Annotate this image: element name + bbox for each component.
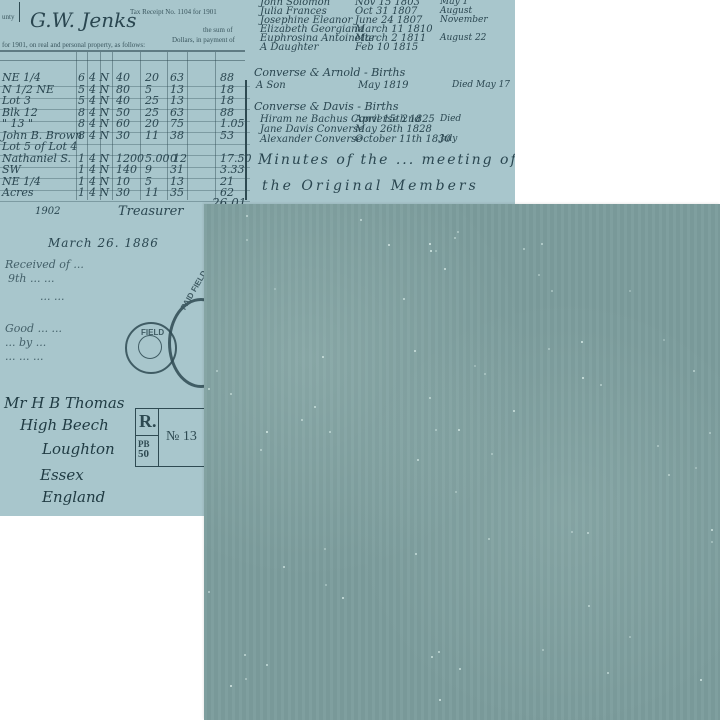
property-line: for 1901, on real and personal property,… xyxy=(2,41,145,49)
texture-speck xyxy=(266,431,268,433)
texture-speck xyxy=(417,459,419,461)
texture-speck xyxy=(208,591,210,593)
texture-speck xyxy=(513,410,515,412)
genealogy-name: A Son xyxy=(256,80,286,91)
letter-line: ... ... xyxy=(40,290,64,303)
genealogy-name: Alexander Converse xyxy=(260,134,362,145)
texture-speck xyxy=(415,553,417,555)
texture-speck xyxy=(342,597,344,599)
texture-speck xyxy=(457,231,459,233)
texture-speck xyxy=(629,636,631,638)
texture-speck xyxy=(430,250,432,252)
address-line: England xyxy=(42,488,105,506)
texture-speck xyxy=(444,268,446,270)
letter-line: ... ... ... xyxy=(5,350,43,363)
texture-speck xyxy=(435,429,437,431)
texture-speck xyxy=(458,429,460,431)
registered-pb: PB50 xyxy=(138,439,150,459)
texture-speck xyxy=(435,250,437,252)
texture-speck xyxy=(246,215,248,217)
county-label: unty xyxy=(2,13,14,21)
texture-speck xyxy=(403,298,405,300)
texture-speck xyxy=(301,419,303,421)
pb-number: 50 xyxy=(138,448,149,460)
texture-speck xyxy=(244,654,246,656)
texture-speck xyxy=(266,664,268,666)
genealogy-date: Feb 10 1815 xyxy=(355,42,418,53)
texture-speck xyxy=(663,339,665,341)
registered-r: R. xyxy=(139,411,157,432)
postmark-inner xyxy=(138,335,162,359)
address-line: Loughton xyxy=(42,440,115,458)
texture-speck xyxy=(230,393,232,395)
texture-speck xyxy=(360,219,362,221)
texture-speck xyxy=(429,397,431,399)
texture-speck xyxy=(695,467,697,469)
texture-speck xyxy=(541,243,543,245)
texture-speck xyxy=(484,373,486,375)
texture-speck xyxy=(324,548,326,550)
texture-speck xyxy=(246,239,248,241)
ledger-cell-tax: 35 xyxy=(170,186,184,199)
divider xyxy=(158,409,159,466)
texture-speck xyxy=(693,370,695,372)
texture-speck xyxy=(455,491,457,493)
sum-of-label: the sum of xyxy=(203,26,233,34)
texture-speck xyxy=(700,679,702,681)
texture-speck xyxy=(548,348,550,350)
texture-speck xyxy=(607,672,609,674)
texture-speck xyxy=(429,243,431,245)
texture-speck xyxy=(629,290,631,292)
signature-name: G.W. Jenks xyxy=(30,8,137,32)
texture-speck xyxy=(588,605,590,607)
tax-receipt-header: Tax Receipt No. 1104 for 1901 xyxy=(130,8,217,16)
ledger-cell-sec: 1 xyxy=(78,186,85,199)
texture-speck xyxy=(582,377,584,379)
texture-speck xyxy=(329,431,331,433)
texture-speck xyxy=(260,449,262,451)
genealogy-name: A Daughter xyxy=(260,42,318,53)
letter-line: Received of ... xyxy=(5,258,84,271)
teal-paper-sheet xyxy=(204,204,720,720)
divider xyxy=(136,435,158,436)
address-line: Essex xyxy=(40,466,84,484)
texture-speck xyxy=(230,685,232,687)
texture-speck xyxy=(600,384,602,386)
texture-speck xyxy=(388,244,390,246)
genealogy-death: Died xyxy=(440,114,461,124)
texture-speck xyxy=(208,388,210,390)
texture-speck xyxy=(474,365,476,367)
last-line: the Original Members xyxy=(262,178,479,194)
address-line: Mr H B Thomas xyxy=(4,394,125,412)
letter-line: ... by ... xyxy=(5,336,46,349)
letter-line: Good ... ... xyxy=(5,322,62,335)
genealogy-death: November xyxy=(440,15,488,25)
texture-speck xyxy=(488,538,490,540)
texture-speck xyxy=(657,445,659,447)
texture-speck xyxy=(245,678,247,680)
texture-speck xyxy=(491,453,493,455)
ledger-cell-acres: 30 xyxy=(116,186,130,199)
collector-signature: Treasurer xyxy=(118,204,184,219)
texture-speck xyxy=(283,566,285,568)
texture-speck xyxy=(709,432,711,434)
texture-speck xyxy=(581,341,583,343)
texture-speck xyxy=(571,531,573,533)
texture-speck xyxy=(711,541,713,543)
divider xyxy=(19,2,20,22)
minutes-line: Minutes of the ... meeting of xyxy=(258,152,515,168)
texture-speck xyxy=(542,649,544,651)
genealogy-death: Died May 17 xyxy=(452,80,510,90)
address-line: High Beech xyxy=(20,416,109,434)
texture-speck xyxy=(668,474,670,476)
texture-speck xyxy=(414,350,416,352)
texture-speck xyxy=(325,584,327,586)
genealogy-death: July xyxy=(440,134,457,144)
ledger-cell-desc: Acres xyxy=(2,186,34,199)
genealogy-date: May 1819 xyxy=(358,80,408,91)
year-footer: 1902 xyxy=(35,206,60,217)
texture-speck xyxy=(454,237,456,239)
ledger-header xyxy=(0,52,245,61)
texture-speck xyxy=(274,288,276,290)
texture-speck xyxy=(523,248,525,250)
dollars-line: Dollars, in payment of xyxy=(172,36,235,44)
texture-speck xyxy=(711,529,713,531)
texture-speck xyxy=(538,274,540,276)
letter-line: 9th ... ... xyxy=(8,272,54,285)
registered-number: № 13 xyxy=(166,429,197,445)
section-title: Converse & Davis - Births xyxy=(254,100,399,113)
ledger-cell-val: 11 xyxy=(145,186,159,199)
texture-speck xyxy=(314,406,316,408)
texture-speck xyxy=(322,356,324,358)
texture-speck xyxy=(438,651,440,653)
letter-date: March 26. 1886 xyxy=(48,236,159,250)
genealogy-death: August 22 xyxy=(440,33,486,43)
section-title: Converse & Arnold - Births xyxy=(254,66,405,79)
genealogy-date: October 11th 1830 xyxy=(355,134,451,145)
texture-speck xyxy=(551,290,553,292)
texture-speck xyxy=(431,656,433,658)
texture-speck xyxy=(459,668,461,670)
texture-speck xyxy=(439,699,441,701)
ledger-cell-twp: 4 N xyxy=(89,186,109,199)
texture-speck xyxy=(587,532,589,534)
texture-speck xyxy=(216,370,218,372)
